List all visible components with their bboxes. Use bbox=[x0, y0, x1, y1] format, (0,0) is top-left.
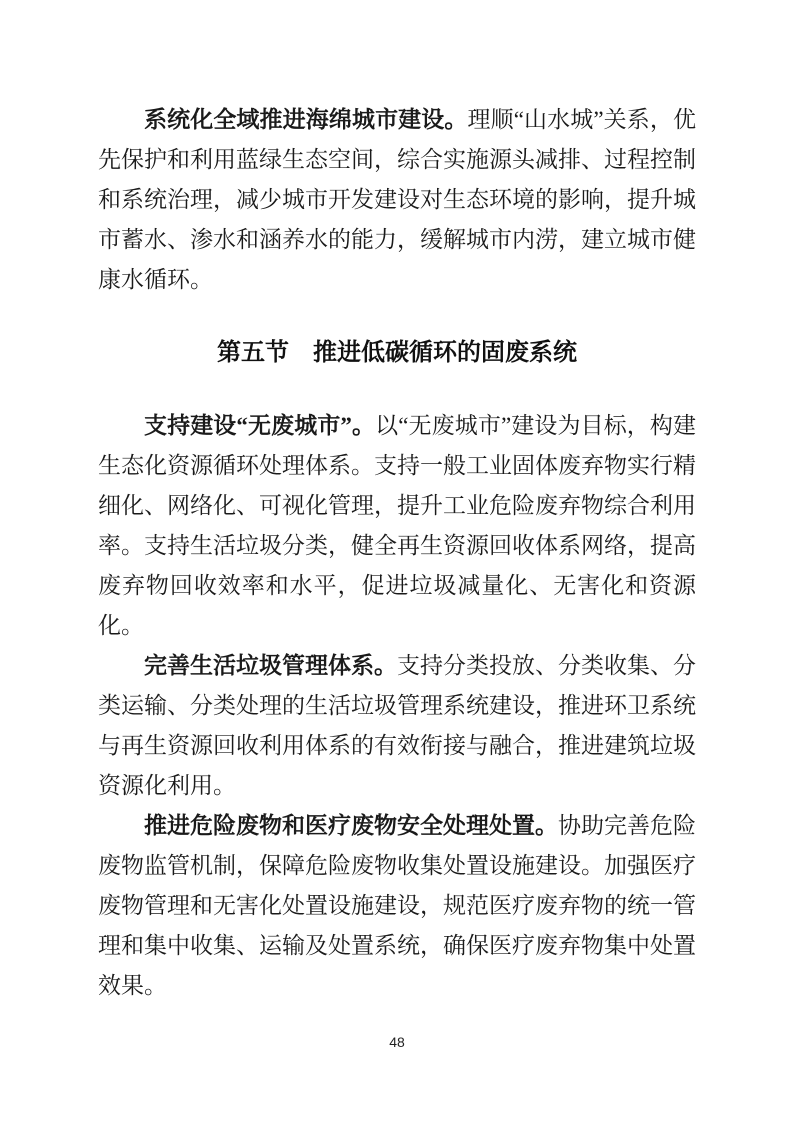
paragraph-zero-waste-city: 支持建设“无废城市”。以“无废城市”建设为目标，构建生态化资源循环处理体系。支持… bbox=[98, 406, 696, 646]
paragraph-sponge-city: 系统化全域推进海绵城市建设。理顺“山水城”关系，优先保护和利用蓝绿生态空间，综合… bbox=[98, 100, 696, 300]
paragraph-lead: 推进危险废物和医疗废物安全处理处置。 bbox=[144, 813, 558, 838]
paragraph-body: 协助完善危险废物监管机制，保障危险废物收集处置设施建设。加强医疗废物管理和无害化… bbox=[98, 813, 696, 998]
page-content: 系统化全域推进海绵城市建设。理顺“山水城”关系，优先保护和利用蓝绿生态空间，综合… bbox=[98, 100, 696, 1006]
page-number: 48 bbox=[0, 1034, 794, 1050]
document-page: 系统化全域推进海绵城市建设。理顺“山水城”关系，优先保护和利用蓝绿生态空间，综合… bbox=[0, 0, 794, 1122]
paragraph-body: 理顺“山水城”关系，优先保护和利用蓝绿生态空间，综合实施源头减排、过程控制和系统… bbox=[98, 107, 696, 292]
paragraph-lead: 完善生活垃圾管理体系。 bbox=[144, 653, 397, 678]
paragraph-domestic-waste: 完善生活垃圾管理体系。支持分类投放、分类收集、分类运输、分类处理的生活垃圾管理系… bbox=[98, 646, 696, 806]
paragraph-body: 以“无废城市”建设为目标，构建生态化资源循环处理体系。支持一般工业固体废弃物实行… bbox=[98, 413, 696, 638]
paragraph-hazardous-medical-waste: 推进危险废物和医疗废物安全处理处置。协助完善危险废物监管机制，保障危险废物收集处… bbox=[98, 806, 696, 1006]
section-heading: 第五节 推进低碳循环的固废系统 bbox=[98, 333, 696, 373]
paragraph-lead: 支持建设“无废城市”。 bbox=[144, 413, 375, 438]
paragraph-lead: 系统化全域推进海绵城市建设。 bbox=[144, 107, 468, 132]
